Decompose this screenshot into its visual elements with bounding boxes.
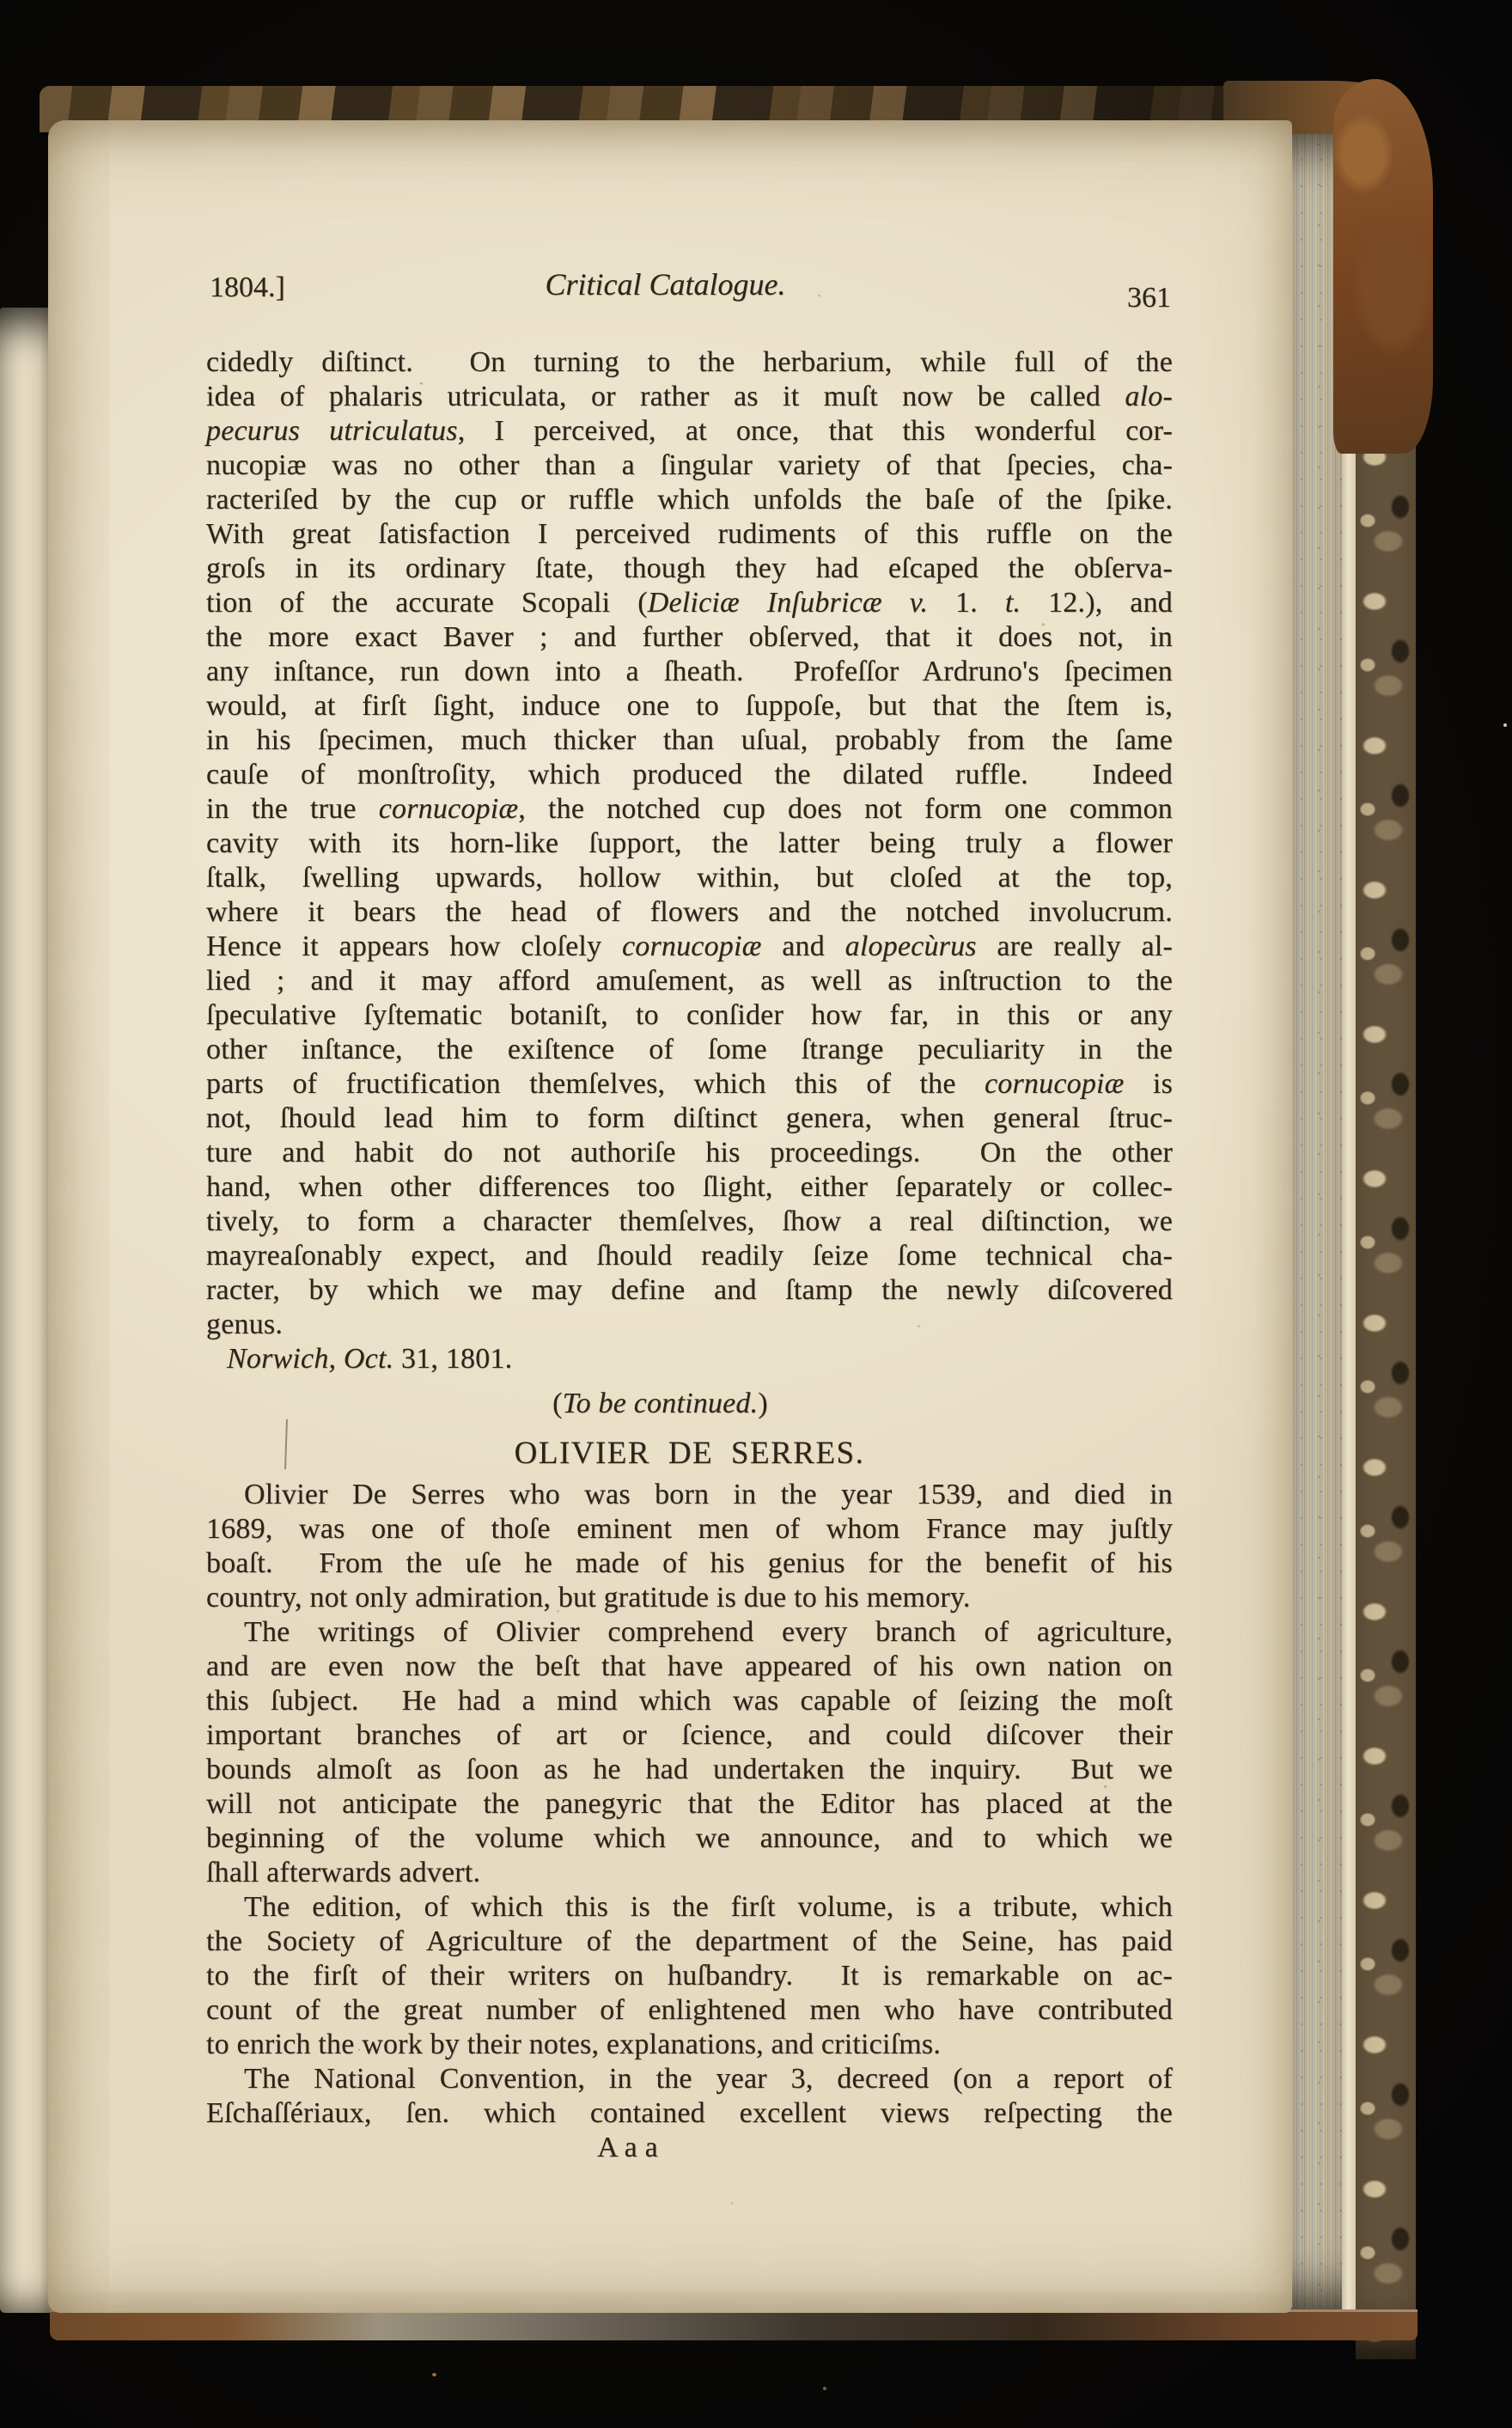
text-line: lied ; and it may afford amuſement, as w… [206,964,1173,998]
text-line: would, at firſt ſight, induce one to ſup… [206,689,1173,723]
text-line: Eſchaſſériaux, ſen. which contained exce… [206,2096,1173,2131]
header-title: Critical Catalogue. [182,265,1149,304]
text-line: hand, when other differences too ſlight,… [206,1170,1173,1205]
text-line: The National Convention, in the year 3, … [206,2062,1173,2096]
text-line: ture and habit do not authoriſe his proc… [206,1136,1173,1170]
text-line: in the true cornucopiæ, the notched cup … [206,792,1173,827]
text-line: boaſt. From the uſe he made of his geniu… [206,1546,1173,1581]
paragraph: Olivier De Serres who was born in the ye… [206,1478,1173,1615]
continued: (To be continued.) [177,1387,1143,1421]
book-cover-bottom-edge [50,2309,1417,2340]
body-text: cidedly diſtinct. On turning to the herb… [206,345,1173,2165]
dust-speck [1503,723,1507,727]
text-line: any inſtance, run down into a ſheath. Pr… [206,655,1173,689]
paragraph: The National Convention, in the year 3, … [206,2062,1173,2131]
paragraph: The writings of Olivier comprehend every… [206,1615,1173,1890]
text-line: genus. [206,1308,1173,1342]
text-line: count of the great number of enlightened… [206,1993,1173,2028]
text-line: this ſubject. He had a mind which was ca… [206,1684,1173,1718]
text-line: With great ſatisfaction I perceived rudi… [206,517,1173,552]
text-line: The edition, of which this is the firſt … [206,1890,1173,1925]
text-line: other inſtance, the exiſtence of ſome ſt… [206,1033,1173,1067]
text-line: will not anticipate the panegyric that t… [206,1787,1173,1821]
dateline: Norwich, Oct. 31, 1801. [206,1342,1173,1376]
section-heading: OLIVIER DE SERRES. [206,1433,1173,1478]
text-line: country, not only admiration, but gratit… [206,1581,1173,1615]
text-line: ſhall afterwards advert. [206,1856,1173,1890]
text-line: idea of phalaris utriculata, or rather a… [206,380,1173,414]
text-line: tion of the accurate Scopali (Deliciæ In… [206,586,1173,620]
scanned-book-photo: 1804.] Critical Catalogue. 361 cidedly d… [0,0,1512,2428]
text-line: in his ſpecimen, much thicker than uſual… [206,723,1173,758]
paragraph: The edition, of which this is the firſt … [206,1890,1173,2062]
text-line: and are even now the beſt that have appe… [206,1650,1173,1684]
fore-edge-highlight [1342,129,1356,2311]
text-line: nucopiæ was no other than a ſingular var… [206,448,1173,483]
text-line: cidedly diſtinct. On turning to the herb… [206,345,1173,380]
text-line: racteriſed by the cup or ruffle which un… [206,483,1173,517]
book-fore-edge-pages [1292,125,1342,2313]
text-line: the Society of Agriculture of the depart… [206,1925,1173,1959]
text-line: groſs in its ordinary ſtate, though they… [206,552,1173,586]
text-line: to enrich the work by their notes, expla… [206,2028,1173,2062]
book-page: 1804.] Critical Catalogue. 361 cidedly d… [48,120,1292,2313]
text-line: mayreaſonably expect, and ſhould readily… [206,1239,1173,1273]
running-header: 1804.] Critical Catalogue. 361 [206,268,1173,313]
text-line: 1689, was one of thoſe eminent men of wh… [206,1512,1173,1546]
text-line: Olivier De Serres who was born in the ye… [206,1478,1173,1512]
book-cover-marbled-edge [1356,284,1416,2359]
text-line: racter, by which we may define and ſtamp… [206,1273,1173,1308]
text-line: parts of fructification themſelves, whic… [206,1067,1173,1101]
header-page-number: 361 [1127,278,1171,318]
text-line: cavity with its horn-like ſupport, the l… [206,827,1173,861]
text-line: ſpeculative ſyſtematic botaniſt, to conſ… [206,998,1173,1033]
text-line: beginning of the volume which we announc… [206,1821,1173,1856]
text-line: bounds almoſt as ſoon as he had undertak… [206,1753,1173,1787]
text-line: The writings of Olivier comprehend every… [206,1615,1173,1650]
text-line: Hence it appears how cloſely cornucopiæ … [206,930,1173,964]
text-line: important branches of art or ſcience, an… [206,1718,1173,1753]
book-cover-corner-leather [1333,79,1433,454]
text-line: where it bears the head of flowers and t… [206,895,1173,930]
text-line: pecurus utriculatus, I perceived, at onc… [206,414,1173,448]
text-line: ſtalk, ſwelling upwards, hollow within, … [206,861,1173,895]
text-line: to the firſt of their writers on huſband… [206,1959,1173,1993]
text-line: not, ſhould lead him to form diſtinct ge… [206,1101,1173,1136]
text-line: the more exact Baver ; and further obſer… [206,620,1173,655]
dust-speck [823,2387,826,2390]
text-line: cauſe of monſtroſity, which produced the… [206,758,1173,792]
paragraph: cidedly diſtinct. On turning to the herb… [206,345,1173,1342]
signature: A a a [144,2131,1111,2165]
dust-speck [432,2373,436,2376]
text-line: tively, to form a character themſelves, … [206,1205,1173,1239]
